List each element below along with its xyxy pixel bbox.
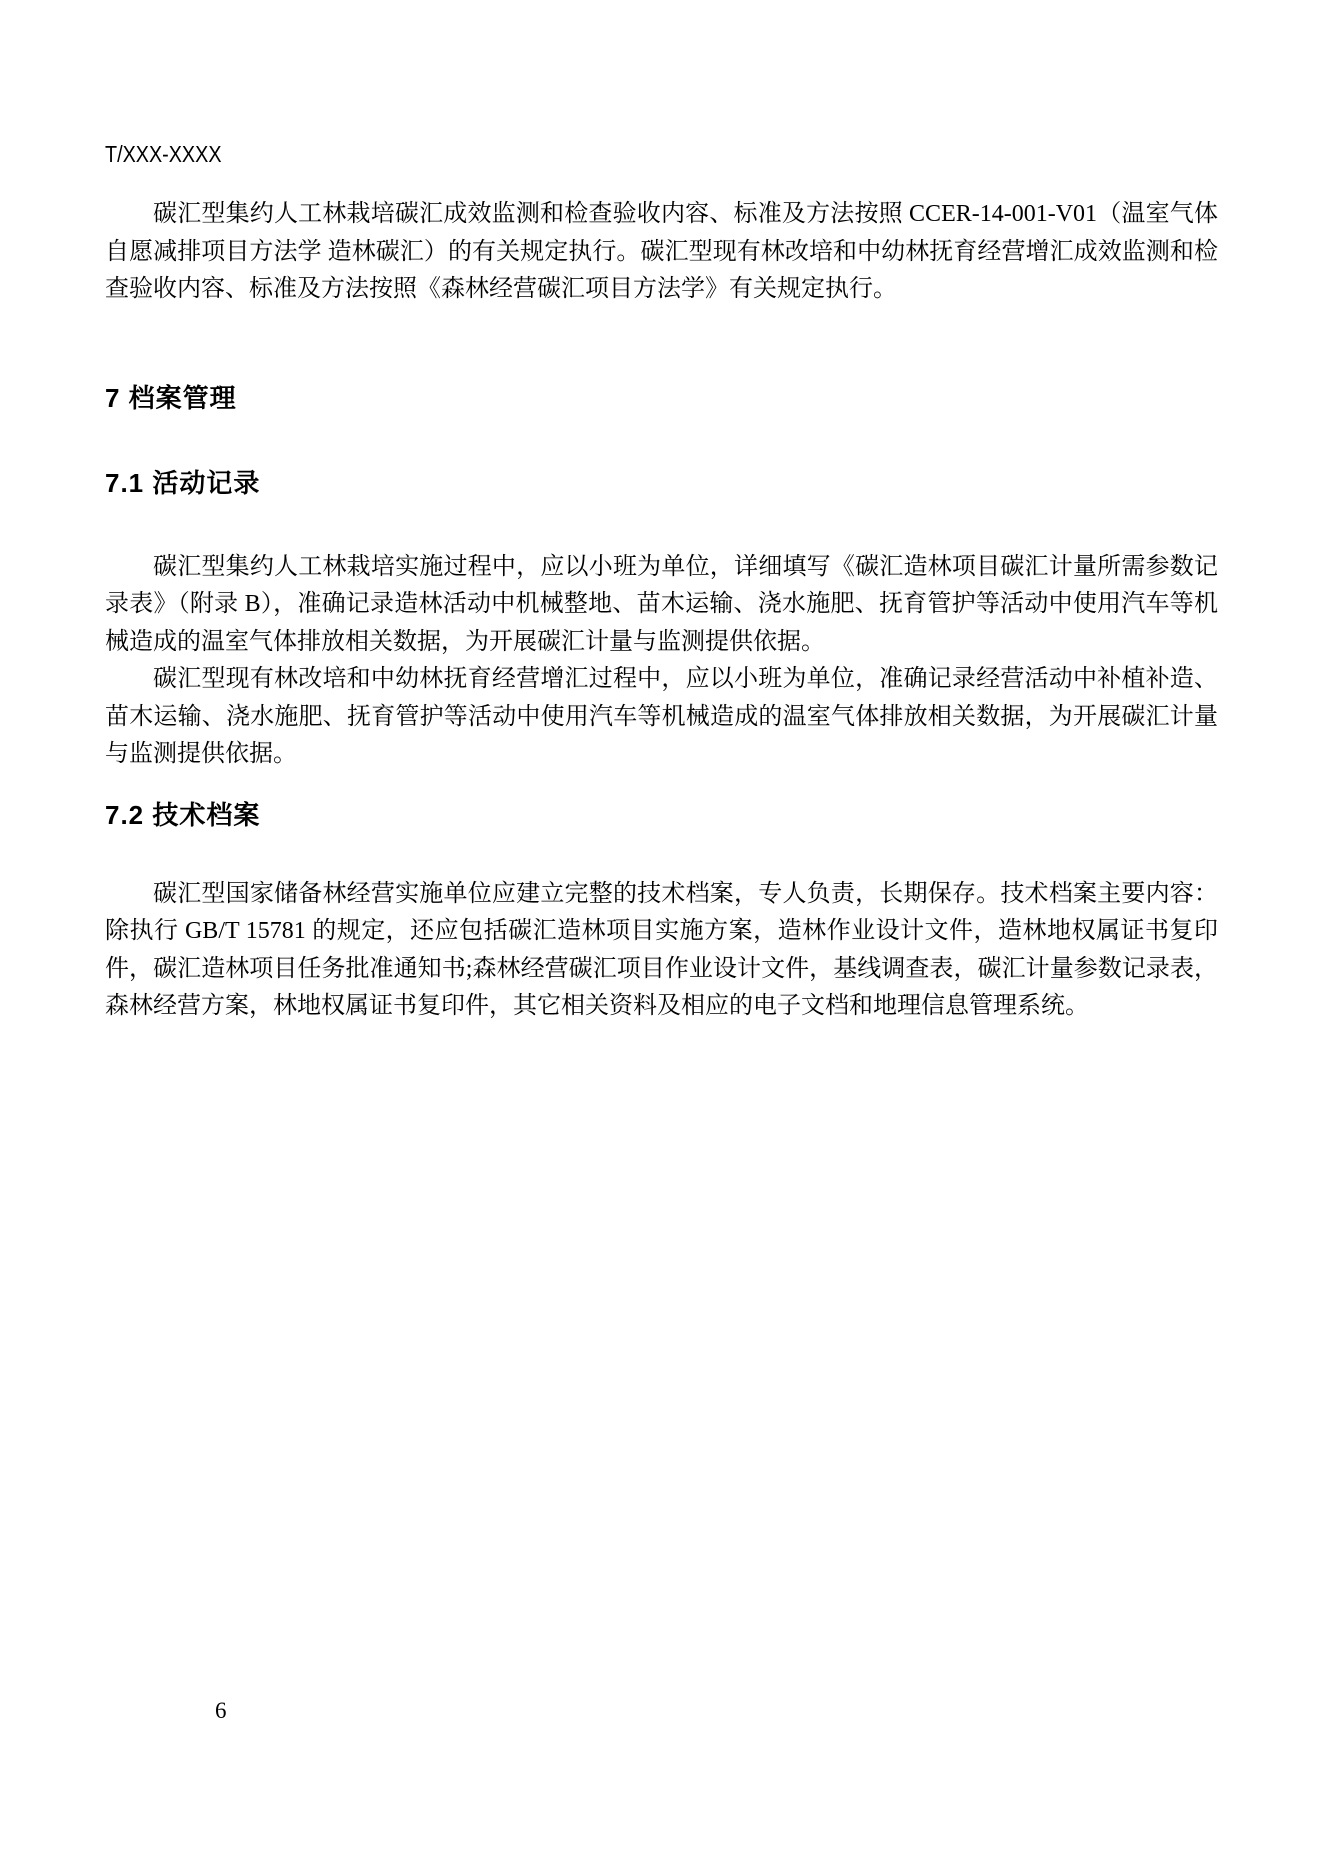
doc-code-header: T/XXX-XXXX [105, 141, 1062, 167]
section-heading-7-1: 7.1 活动记录 [105, 466, 1218, 500]
paragraph-7-2-technical-archives: 碳汇型国家储备林经营实施单位应建立完整的技术档案，专人负责，长期保存。技术档案主… [105, 876, 1218, 1026]
document-page: T/XXX-XXXX 碳汇型集约人工林栽培碳汇成效监测和检查验收内容、标准及方法… [0, 0, 1323, 1871]
intro-paragraph: 碳汇型集约人工林栽培碳汇成效监测和检查验收内容、标准及方法按照 CCER-14-… [105, 196, 1218, 309]
page-number: 6 [215, 1697, 227, 1725]
paragraph-7-1-activity-records-2: 碳汇型现有林改培和中幼林抚育经营增汇过程中，应以小班为单位，准确记录经营活动中补… [105, 661, 1218, 774]
paragraph-7-1-activity-records-1: 碳汇型集约人工林栽培实施过程中，应以小班为单位，详细填写《碳汇造林项目碳汇计量所… [105, 549, 1218, 662]
section-heading-7: 7 档案管理 [105, 381, 1218, 415]
section-heading-7-2: 7.2 技术档案 [105, 798, 1218, 832]
page-content: T/XXX-XXXX 碳汇型集约人工林栽培碳汇成效监测和检查验收内容、标准及方法… [105, 0, 1218, 1026]
